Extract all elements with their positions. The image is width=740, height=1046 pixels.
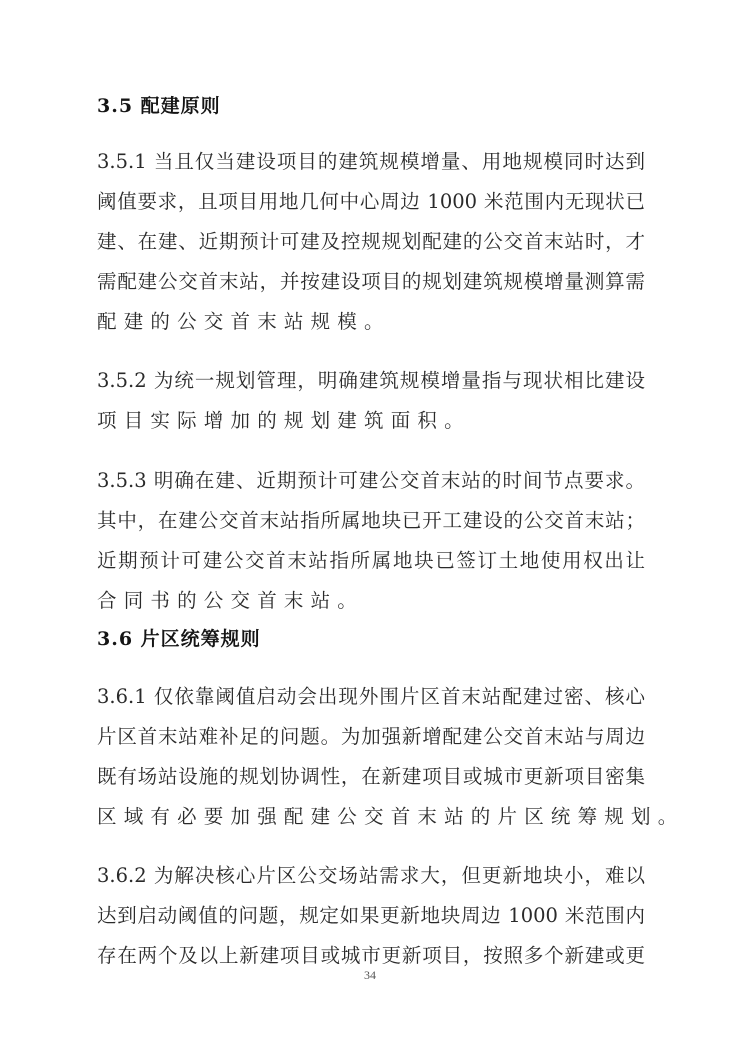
paragraph-3-6-1-line: 既有场站设施的规划协调性，在新建项目或城市更新项目密集 [97, 764, 645, 790]
paragraph-3-5-2-line: 项目实际增加的规划建筑面积。 [97, 408, 645, 434]
paragraph-3-5-2-line: 3.5.2 为统一规划管理，明确建筑规模增量指与现状相比建设 [97, 368, 645, 394]
paragraph-3-5-1-line: 需配建公交首末站，并按建设项目的规划建筑规模增量测算需 [97, 269, 645, 295]
paragraph-3-6-1-line: 3.6.1 仅依靠阈值启动会出现外围片区首末站配建过密、核心 [97, 684, 645, 710]
paragraph-3-5-1-line: 3.5.1 当且仅当建设项目的建筑规模增量、用地规模同时达到 [97, 149, 645, 175]
page-number: 34 [0, 968, 740, 983]
section-heading-3-6: 3.6 片区统筹规则 [97, 624, 261, 651]
paragraph-3-6-1-line: 区域有必要加强配建公交首末站的片区统筹规划。 [97, 804, 645, 830]
paragraph-3-6-2-line: 存在两个及以上新建项目或城市更新项目，按照多个新建或更 [97, 943, 645, 969]
section-heading-3-5: 3.5 配建原则 [97, 91, 221, 118]
paragraph-3-5-3-line: 3.5.3 明确在建、近期预计可建公交首末站的时间节点要求。 [97, 468, 645, 494]
paragraph-3-5-1-line: 阈值要求，且项目用地几何中心周边 1000 米范围内无现状已 [97, 189, 645, 215]
paragraph-3-6-2-line: 3.6.2 为解决核心片区公交场站需求大，但更新地块小，难以 [97, 863, 645, 889]
paragraph-3-6-1-line: 片区首末站难补足的问题。为加强新增配建公交首末站与周边 [97, 724, 645, 750]
paragraph-3-6-2-line: 达到启动阈值的问题，规定如果更新地块周边 1000 米范围内 [97, 903, 645, 929]
paragraph-3-5-1-line: 配建的公交首末站规模。 [97, 309, 645, 335]
paragraph-3-5-3-line: 合同书的公交首末站。 [97, 588, 645, 614]
paragraph-3-5-3-line: 其中，在建公交首末站指所属地块已开工建设的公交首末站； [97, 508, 645, 534]
paragraph-3-5-3-line: 近期预计可建公交首末站指所属地块已签订土地使用权出让 [97, 548, 645, 574]
paragraph-3-5-1-line: 建、在建、近期预计可建及控规规划配建的公交首末站时，才 [97, 229, 645, 255]
